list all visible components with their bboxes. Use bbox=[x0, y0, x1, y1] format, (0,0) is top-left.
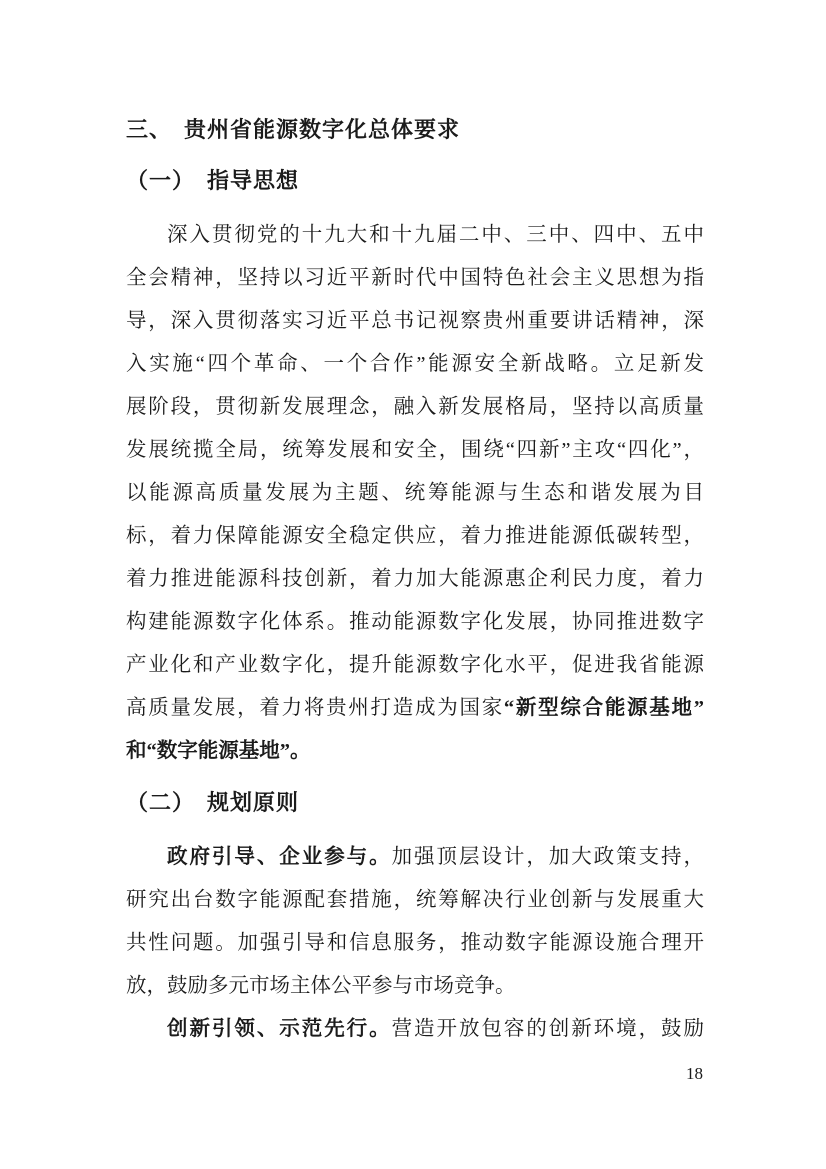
bold-text-run: 和“数字能源基地”。 bbox=[126, 740, 311, 762]
text-line: 深入贯彻党的十九大和十九届二中、三中、四中、五中 bbox=[126, 214, 704, 257]
text-line: 展阶段，贯彻新发展理念，融入新发展格局，坚持以高质量 bbox=[126, 386, 704, 429]
section-heading: （二） 规划原则 bbox=[126, 781, 704, 824]
paragraph: 深入贯彻党的十九大和十九届二中、三中、四中、五中全会精神，坚持以习近平新时代中国… bbox=[126, 214, 704, 773]
paragraph: 政府引导、企业参与。加强顶层设计，加大政策支持，研究出台数字能源配套措施，统筹解… bbox=[126, 836, 704, 1008]
text-run: 着力推进能源科技创新，着力加大能源惠企利民力度，着力 bbox=[126, 568, 704, 590]
text-run: 共性问题。加强引导和信息服务，推动数字能源设施合理开 bbox=[126, 932, 704, 954]
text-run: 导，深入贯彻落实习近平总书记视察贵州重要讲话精神，深 bbox=[126, 310, 704, 332]
document-page: 三、 贵州省能源数字化总体要求 （一） 指导思想深入贯彻党的十九大和十九届二中、… bbox=[0, 0, 826, 1169]
text-line: 创新引领、示范先行。营造开放包容的创新环境，鼓励 bbox=[126, 1008, 704, 1051]
text-line: 研究出台数字能源配套措施，统筹解决行业创新与发展重大 bbox=[126, 879, 704, 922]
text-line: 全会精神，坚持以习近平新时代中国特色社会主义思想为指 bbox=[126, 257, 704, 300]
text-run: 深入贯彻党的十九大和十九届二中、三中、四中、五中 bbox=[167, 224, 704, 246]
section-heading: （一） 指导思想 bbox=[126, 159, 704, 202]
text-run: 构建能源数字化体系。推动能源数字化发展，协同推进数字 bbox=[126, 611, 704, 633]
text-run: 研究出台数字能源配套措施，统筹解决行业创新与发展重大 bbox=[126, 889, 704, 911]
chapter-heading: 三、 贵州省能源数字化总体要求 bbox=[126, 108, 704, 151]
text-line: 放，鼓励多元市场主体公平参与市场竞争。 bbox=[126, 965, 704, 1008]
text-run: 产业化和产业数字化，提升能源数字化水平，促进我省能源 bbox=[126, 654, 704, 676]
bold-text-run: 政府引导、企业参与。 bbox=[167, 846, 392, 868]
text-run: 入实施“四个革命、一个合作”能源安全新战略。立足新发 bbox=[126, 353, 704, 375]
text-line: 高质量发展，着力将贵州打造成为国家“新型综合能源基地” bbox=[126, 687, 704, 730]
text-run: 全会精神，坚持以习近平新时代中国特色社会主义思想为指 bbox=[126, 267, 704, 289]
document-body: （一） 指导思想深入贯彻党的十九大和十九届二中、三中、四中、五中全会精神，坚持以… bbox=[126, 159, 704, 1051]
text-line: 政府引导、企业参与。加强顶层设计，加大政策支持， bbox=[126, 836, 704, 879]
text-line: 导，深入贯彻落实习近平总书记视察贵州重要讲话精神，深 bbox=[126, 300, 704, 343]
text-line: 着力推进能源科技创新，着力加大能源惠企利民力度，着力 bbox=[126, 558, 704, 601]
text-run: 加强顶层设计，加大政策支持， bbox=[392, 846, 704, 868]
text-run: 展阶段，贯彻新发展理念，融入新发展格局，坚持以高质量 bbox=[126, 396, 704, 418]
text-run: 发展统揽全局，统筹发展和安全，围绕“四新”主攻“四化”， bbox=[126, 439, 704, 461]
text-run: 高质量发展，着力将贵州打造成为国家 bbox=[126, 697, 504, 719]
text-line: 和“数字能源基地”。 bbox=[126, 730, 704, 773]
document-content: 三、 贵州省能源数字化总体要求 （一） 指导思想深入贯彻党的十九大和十九届二中、… bbox=[126, 108, 704, 1051]
text-line: 以能源高质量发展为主题、统筹能源与生态和谐发展为目 bbox=[126, 472, 704, 515]
text-run: 放，鼓励多元市场主体公平参与市场竞争。 bbox=[126, 975, 516, 997]
text-line: 入实施“四个革命、一个合作”能源安全新战略。立足新发 bbox=[126, 343, 704, 386]
text-run: 以能源高质量发展为主题、统筹能源与生态和谐发展为目 bbox=[126, 482, 704, 504]
text-run: 标，着力保障能源安全稳定供应，着力推进能源低碳转型， bbox=[126, 525, 704, 547]
bold-text-run: “新型综合能源基地” bbox=[504, 697, 704, 719]
text-line: 构建能源数字化体系。推动能源数字化发展，协同推进数字 bbox=[126, 601, 704, 644]
text-line: 共性问题。加强引导和信息服务，推动数字能源设施合理开 bbox=[126, 922, 704, 965]
text-line: 产业化和产业数字化，提升能源数字化水平，促进我省能源 bbox=[126, 644, 704, 687]
page-number: 18 bbox=[686, 1064, 703, 1084]
text-line: 发展统揽全局，统筹发展和安全，围绕“四新”主攻“四化”， bbox=[126, 429, 704, 472]
paragraph: 创新引领、示范先行。营造开放包容的创新环境，鼓励 bbox=[126, 1008, 704, 1051]
text-run: 营造开放包容的创新环境，鼓励 bbox=[392, 1018, 704, 1040]
text-line: 标，着力保障能源安全稳定供应，着力推进能源低碳转型， bbox=[126, 515, 704, 558]
bold-text-run: 创新引领、示范先行。 bbox=[167, 1018, 392, 1040]
